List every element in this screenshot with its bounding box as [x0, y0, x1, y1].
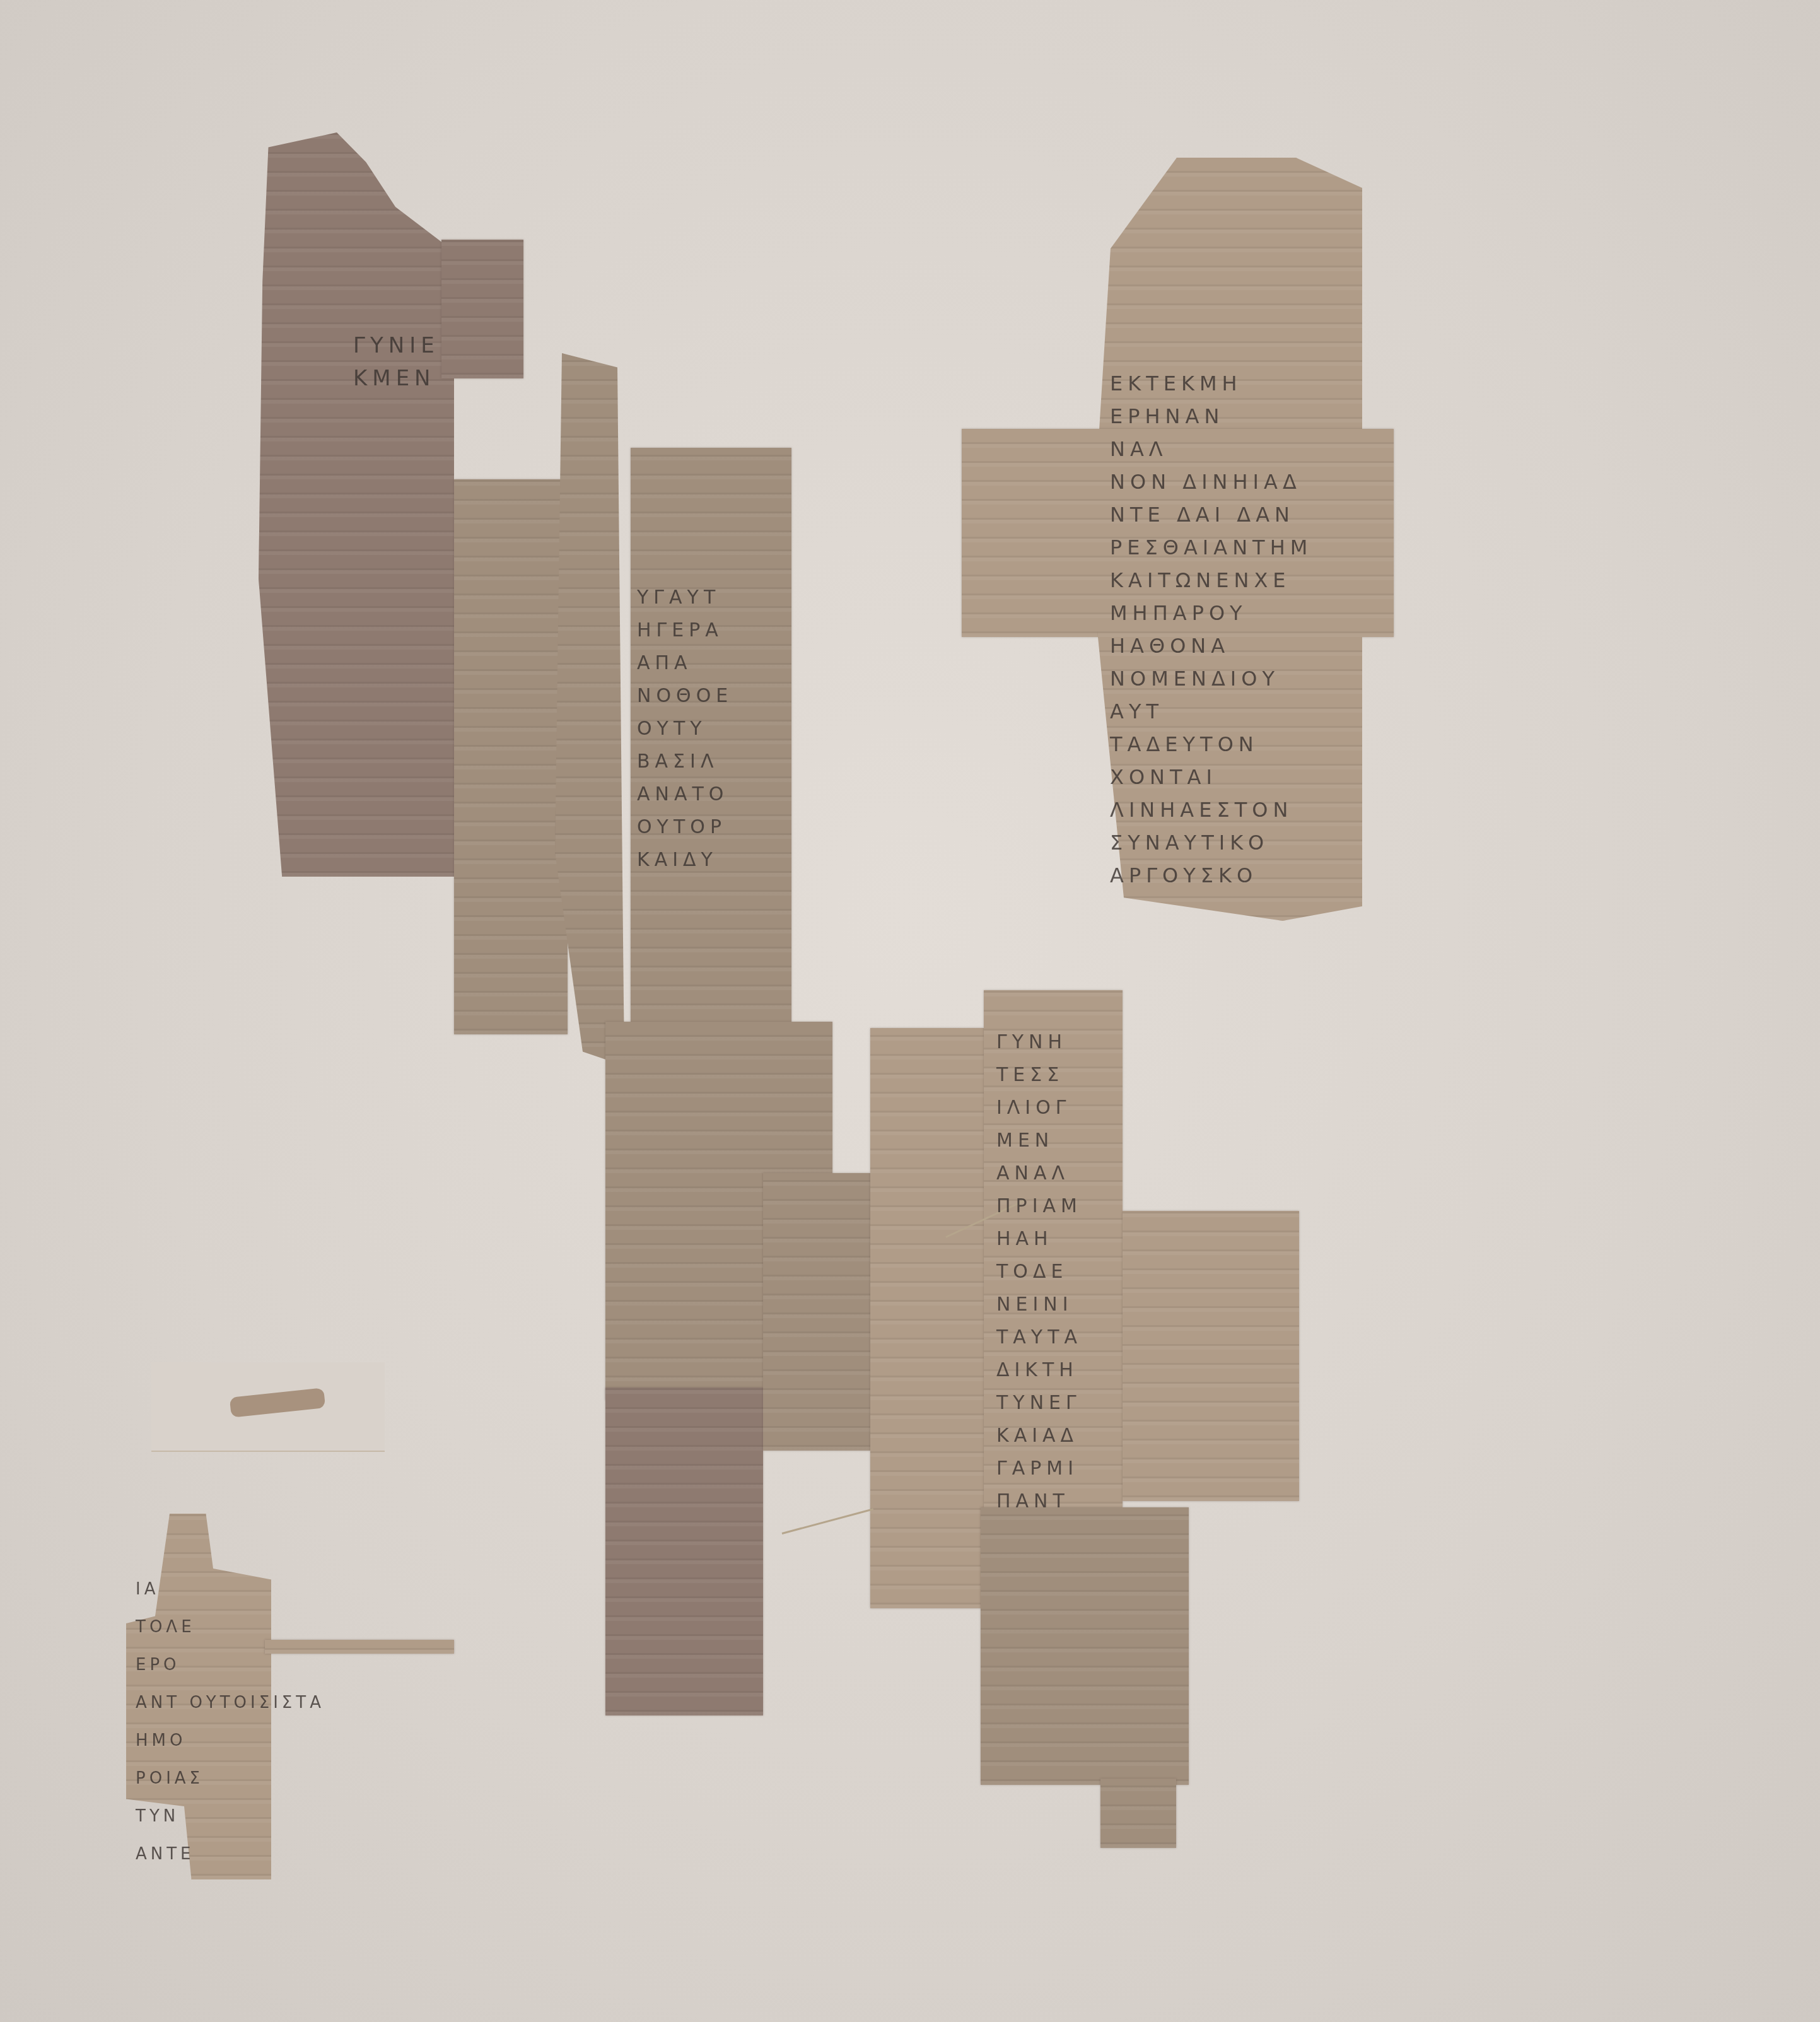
text-line: ΗΜΟ — [136, 1731, 186, 1750]
papyrus-fragment-upper-left-2 — [441, 240, 523, 378]
papyrus-fragment-center-strip — [870, 1028, 984, 1608]
text-line: ΝΟΘΟΕ — [637, 685, 733, 707]
text-line: ΟΥΤΥ — [637, 718, 707, 740]
text-line: ΑΥΤ — [1110, 699, 1164, 723]
text-line: ΑΝΑΛ — [996, 1162, 1070, 1184]
text-line: ΓΥΝΗ — [996, 1031, 1067, 1053]
text-line: ΤΥΝΕΓ — [996, 1392, 1082, 1414]
text-line: ΛΙΝΗΑΕΣΤΟΝ — [1110, 798, 1293, 822]
text-line: ΓΑΡΜΙ — [996, 1458, 1078, 1480]
text-line: ΙΛΙΟΓ — [996, 1097, 1071, 1119]
text-line: ΠΑΝΤ — [996, 1490, 1070, 1512]
papyrus-fragment-upper-left — [259, 132, 454, 877]
text-line: ΤΟΛΕ — [136, 1618, 195, 1637]
text-line: ΥΓΑΥΤ — [637, 587, 720, 609]
papyrus-fragment-right-block — [1123, 1211, 1299, 1501]
text-line: ΜΕΝ — [996, 1130, 1054, 1152]
text-line: ΕΡΟ — [136, 1656, 180, 1674]
papyrus-fragment-center-left-lower — [605, 1388, 763, 1715]
text-line: ΙΑ — [136, 1580, 159, 1599]
text-line: ΤΥΝ — [136, 1807, 179, 1826]
text-line: ΚΜΕΝ — [353, 366, 436, 391]
text-line: ΕΡΗΝΑΝ — [1110, 404, 1224, 428]
text-line: ΤΟΔΕ — [996, 1261, 1068, 1283]
text-line: ΔΙΚΤΗ — [996, 1359, 1078, 1381]
text-line: ΑΝΤ ΟΥΤΟΙΣΙΣΤΑ — [136, 1693, 325, 1712]
text-line: ΧΟΝΤΑΙ — [1110, 765, 1217, 789]
text-line: ΠΡΙΑΜ — [996, 1195, 1082, 1217]
papyrus-fragment-bottom-block — [981, 1507, 1189, 1785]
text-line: ΤΑΔΕΥΤΟΝ — [1110, 732, 1259, 756]
text-line: ΝΟΝ ΔΙΝΗΙΑΔ — [1110, 470, 1302, 494]
text-line: ΑΡΓΟΥΣΚΟ — [1110, 863, 1257, 887]
text-line: ΚΑΙΔΥ — [637, 849, 718, 871]
text-line: ΤΑΥΤΑ — [996, 1326, 1082, 1348]
text-line: ΡΕΣΘΑΙΑΝΤΗΜ — [1110, 535, 1312, 559]
text-line: ΑΠΑ — [637, 652, 692, 674]
greek-text-upper-right: ΕΚΤΕΚΜΗ ΕΡΗΝΑΝ ΝΑΛ ΝΟΝ ΔΙΝΗΙΑΔ ΝΤΕ ΔΑΙ Δ… — [1110, 334, 1312, 892]
text-line: ΤΕΣΣ — [996, 1064, 1064, 1086]
papyrus-fragment-bottom-tail — [1100, 1779, 1176, 1848]
text-line: ΝΟΜΕΝΔΙΟΥ — [1110, 667, 1280, 691]
text-line: ΑΝΑΤΟ — [637, 783, 728, 805]
text-line: ΝΑΛ — [1110, 437, 1168, 461]
text-line: ΕΚΤΕΚΜΗ — [1110, 371, 1242, 395]
text-line: ΡΟΙΑΣ — [136, 1769, 204, 1788]
text-line: ΗΓΕΡΑ — [637, 619, 723, 641]
text-line: ΜΗΠΑΡΟΥ — [1110, 601, 1247, 625]
text-line: ΗΑΗ — [996, 1228, 1053, 1250]
text-line: ΣΥΝΑΥΤΙΚΟ — [1110, 831, 1269, 855]
greek-text-right-column: ΓΥΝΗ ΤΕΣΣ ΙΛΙΟΓ ΜΕΝ ΑΝΑΛ ΠΡΙΑΜ ΗΑΗ ΤΟΔΕ … — [996, 993, 1082, 1518]
text-line: ΓΥΝΙΕ — [353, 333, 440, 358]
papyrus-fragment-center-mid — [763, 1173, 870, 1451]
text-line: ΟΥΤΟΡ — [637, 816, 726, 838]
greek-text-upper-left: ΓΥΝΙΕ ΚΜΕΝ — [353, 296, 440, 395]
text-line: ΑΝΤΕ — [136, 1845, 195, 1864]
text-line: ΒΑΣΙΛ — [637, 751, 718, 773]
text-line: ΚΑΙΑΔ — [996, 1425, 1078, 1447]
greek-text-lower-left: ΙΑ ΤΟΛΕ ΕΡΟ ΑΝΤ ΟΥΤΟΙΣΙΣΤΑ ΗΜΟ ΡΟΙΑΣ ΤΥΝ… — [136, 1533, 325, 1873]
text-line: ΗΑΘΟΝΑ — [1110, 634, 1230, 658]
greek-text-tall-column: ΥΓΑΥΤ ΗΓΕΡΑ ΑΠΑ ΝΟΘΟΕ ΟΥΤΥ ΒΑΣΙΛ ΑΝΑΤΟ Ο… — [637, 549, 733, 877]
text-line: ΝΤΕ ΔΑΙ ΔΑΝ — [1110, 503, 1295, 527]
text-line: ΚΑΙΤΩΝΕΝΧΕ — [1110, 568, 1291, 592]
text-line: ΝΕΙΝΙ — [996, 1294, 1073, 1316]
papyrus-fragment-strip-a — [454, 479, 568, 1034]
